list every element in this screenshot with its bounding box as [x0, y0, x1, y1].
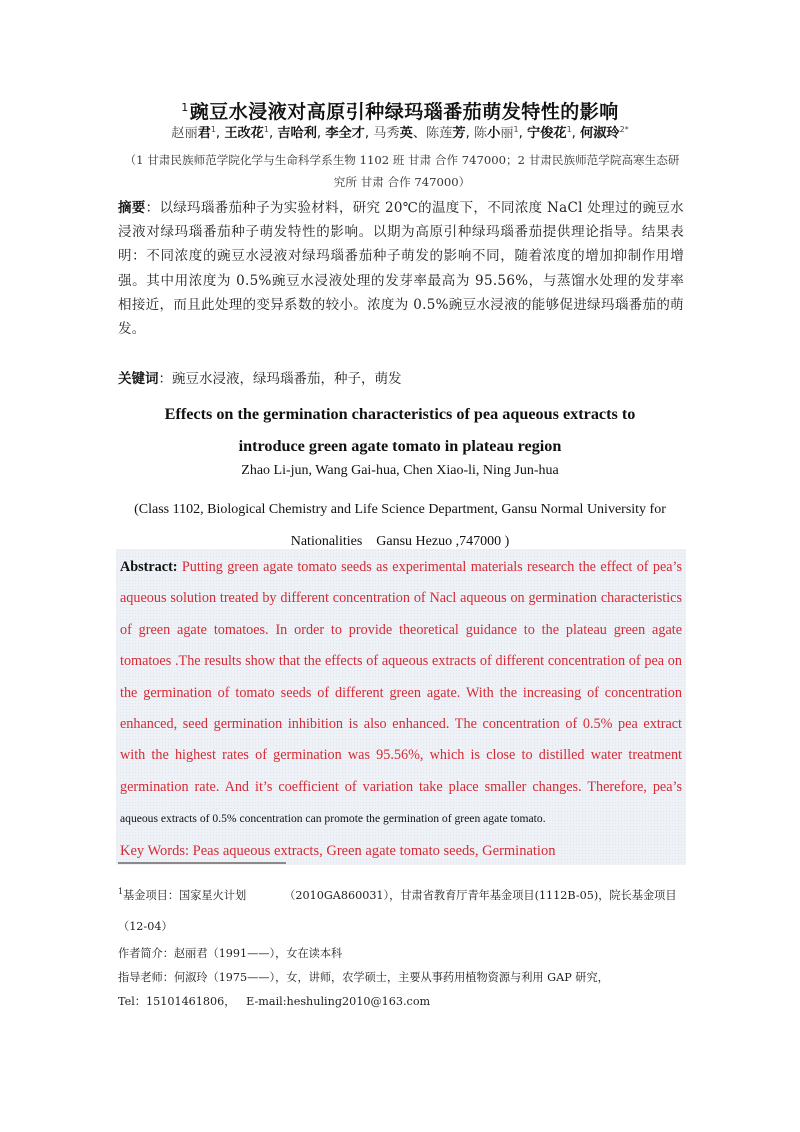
author-name: 宁俊花 [527, 126, 567, 141]
chinese-keywords-label: 关键词 [118, 371, 159, 387]
author-bio: 作者简介：赵丽君（1991——），女在读本科 [118, 942, 684, 966]
label-colon: ： [146, 200, 160, 216]
author-name: 王改花 [224, 126, 264, 141]
author-separator: , [519, 126, 527, 141]
chinese-keywords: 关键词：豌豆水浸液，绿玛瑙番茄，种子，萌发 [118, 368, 684, 390]
author-info: 作者简介：赵丽君（1991——），女在读本科 指导老师：何淑玲（1975——），… [118, 942, 684, 1014]
fund-label: 基金项目：国家星火计划 [123, 889, 246, 902]
author-name: 赵丽 [171, 126, 197, 141]
chinese-title: 1豌豆水浸液对高原引种绿玛瑙番茄萌发特性的影响 [0, 96, 800, 124]
label-colon: ： [159, 371, 173, 387]
chinese-abstract-text: 以绿玛瑙番茄种子为实验材料，研究 20℃的温度下，不同浓度 NaCl 处理过的豌… [118, 200, 684, 337]
title-footnote-marker: 1 [181, 101, 189, 114]
author-separator: , [365, 126, 373, 141]
chinese-abstract-label: 摘要 [118, 200, 146, 216]
chinese-affiliation: （1 甘肃民族师范学院化学与生命科学系生物 1102 班 甘肃 合作 74700… [122, 149, 682, 193]
author-name: 芳 [452, 126, 465, 141]
author-name: 丽 [500, 126, 513, 141]
english-affiliation-line: (Class 1102, Biological Chemistry and Li… [110, 494, 690, 526]
author-separator: , [572, 126, 580, 141]
english-abstract-label: Abstract: [120, 559, 178, 575]
author-name: 吉哈利 [277, 126, 317, 141]
chinese-keywords-text: 豌豆水浸液，绿玛瑙番茄，种子，萌发 [172, 371, 402, 387]
english-affiliation: (Class 1102, Biological Chemistry and Li… [110, 494, 690, 557]
author-name: 陈 [474, 126, 487, 141]
english-title: Effects on the germination characteristi… [0, 399, 800, 462]
author-name: 李全才 [325, 126, 365, 141]
english-abstract-text: Putting green agate tomato seeds as expe… [120, 559, 682, 795]
author-name: 陈莲 [426, 126, 452, 141]
chinese-author-list: 赵丽君1, 王改花1, 吉哈利, 李全才, 马秀英、陈莲芳, 陈小丽1, 宁俊花… [0, 121, 800, 143]
chinese-abstract: 摘要：以绿玛瑙番茄种子为实验材料，研究 20℃的温度下，不同浓度 NaCl 处理… [118, 196, 684, 341]
author-name: 君 [198, 126, 211, 141]
funding-footnote: 1基金项目：国家星火计划（2010GA860031），甘肃省教育厅青年基金项目(… [118, 876, 684, 942]
english-abstract: Abstract: Putting green agate tomato see… [120, 552, 682, 835]
english-title-line: Effects on the germination characteristi… [0, 399, 800, 431]
english-keywords: Key Words: Peas aqueous extracts, Green … [120, 840, 682, 862]
author-affil-marker: 2* [620, 125, 629, 134]
advisor-info: 指导老师：何淑玲（1975——），女，讲师，农学硕士，主要从事药用植物资源与利用… [118, 966, 684, 990]
author-separator: , [466, 126, 474, 141]
paper-page: 1豌豆水浸液对高原引种绿玛瑙番茄萌发特性的影响 赵丽君1, 王改花1, 吉哈利,… [0, 0, 800, 1132]
author-name: 小 [487, 126, 500, 141]
author-name: 马秀 [373, 126, 399, 141]
author-separator: 、 [413, 126, 426, 141]
contact-info: Tel：15101461806， E-mail:heshuling2010@16… [118, 990, 684, 1014]
author-name: 何淑玲 [580, 126, 620, 141]
english-title-line: introduce green agate tomato in plateau … [0, 431, 800, 463]
author-name: 英 [400, 126, 413, 141]
english-author-list: Zhao Li-jun, Wang Gai-hua, Chen Xiao-li,… [0, 461, 800, 481]
footnote-separator [118, 862, 286, 864]
chinese-title-text: 豌豆水浸液对高原引种绿玛瑙番茄萌发特性的影响 [190, 101, 619, 123]
english-abstract-tail: aqueous extracts of 0.5% concentration c… [120, 812, 546, 825]
